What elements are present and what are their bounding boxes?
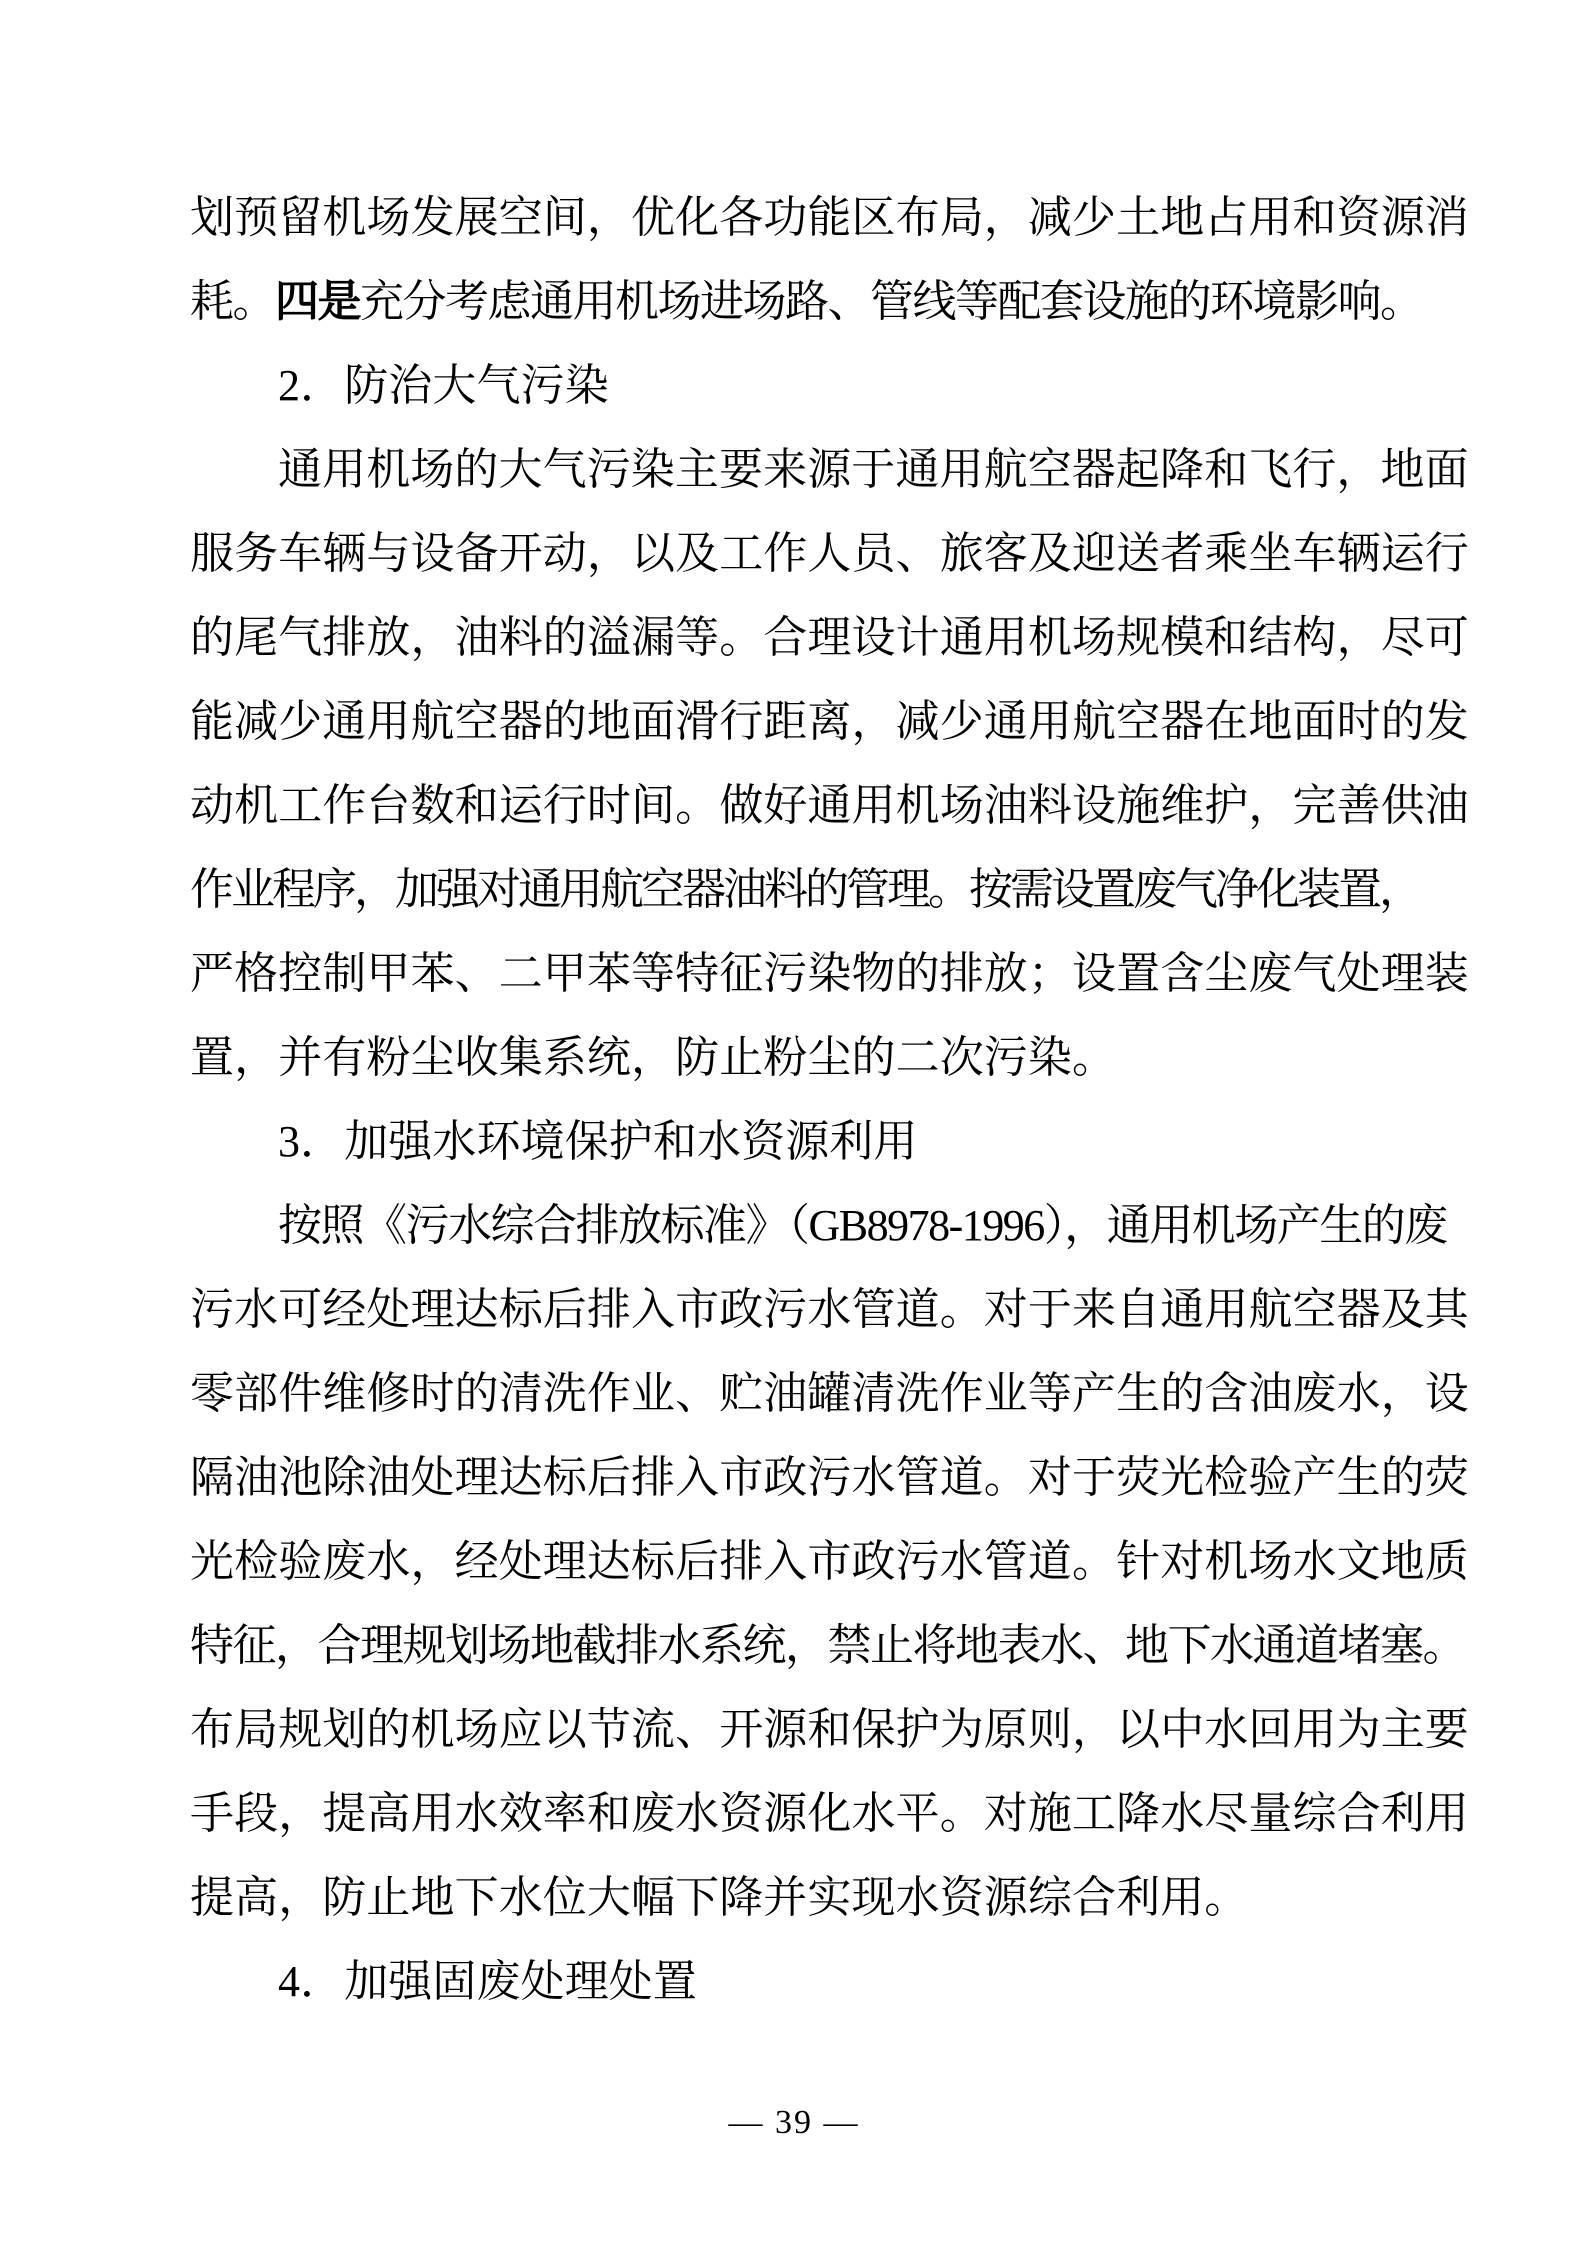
body-text: 充分考虑通用机场进场路、管线等配套设施的环境影响。 xyxy=(360,277,1423,326)
body-line: 特征，合理规划场地截排水系统，禁止将地表水、地下水通道堵塞。 xyxy=(190,1604,1430,1688)
body-line: 隔油池除油处理达标后排入市政污水管道。对于荧光检验产生的荧 xyxy=(190,1436,1430,1520)
section-heading: 4．加强固废处理处置 xyxy=(190,1940,1430,2024)
body-line: 提高，防止地下水位大幅下降并实现水资源综合利用。 xyxy=(190,1856,1430,1940)
page-number: — 39 — xyxy=(0,2098,1588,2148)
document-page: 划预留机场发展空间，优化各功能区布局，减少土地占用和资源消 耗。四是充分考虑通用… xyxy=(0,0,1588,2245)
body-text: 耗。 xyxy=(190,277,275,326)
body-line: 作业程序，加强对通用航空器油料的管理。按需设置废气净化装置， xyxy=(190,848,1430,932)
body-line: 光检验废水，经处理达标后排入市政污水管道。针对机场水文地质 xyxy=(190,1520,1430,1604)
body-line: 服务车辆与设备开动，以及工作人员、旅客及迎送者乘坐车辆运行 xyxy=(190,512,1430,596)
text-block: 划预留机场发展空间，优化各功能区布局，减少土地占用和资源消 耗。四是充分考虑通用… xyxy=(190,176,1430,2024)
body-line: 按照《污水综合排放标准》（GB8978-1996），通用机场产生的废 xyxy=(190,1184,1430,1268)
body-line: 污水可经处理达标后排入市政污水管道。对于来自通用航空器及其 xyxy=(190,1268,1430,1352)
body-line: 布局规划的机场应以节流、开源和保护为原则，以中水回用为主要 xyxy=(190,1688,1430,1772)
body-line: 严格控制甲苯、二甲苯等特征污染物的排放；设置含尘废气处理装 xyxy=(190,932,1430,1016)
body-line: 能减少通用航空器的地面滑行距离，减少通用航空器在地面时的发 xyxy=(190,680,1430,764)
body-line: 通用机场的大气污染主要来源于通用航空器起降和飞行，地面 xyxy=(190,428,1430,512)
emphasis-text: 四是 xyxy=(275,277,360,326)
section-heading: 2．防治大气污染 xyxy=(190,344,1430,428)
body-line: 零部件维修时的清洗作业、贮油罐清洗作业等产生的含油废水，设 xyxy=(190,1352,1430,1436)
body-line: 划预留机场发展空间，优化各功能区布局，减少土地占用和资源消 xyxy=(190,176,1430,260)
body-line: 的尾气排放，油料的溢漏等。合理设计通用机场规模和结构，尽可 xyxy=(190,596,1430,680)
body-line: 动机工作台数和运行时间。做好通用机场油料设施维护，完善供油 xyxy=(190,764,1430,848)
section-heading: 3．加强水环境保护和水资源利用 xyxy=(190,1100,1430,1184)
body-line: 耗。四是充分考虑通用机场进场路、管线等配套设施的环境影响。 xyxy=(190,260,1430,344)
body-line: 置，并有粉尘收集系统，防止粉尘的二次污染。 xyxy=(190,1016,1430,1100)
body-line: 手段，提高用水效率和废水资源化水平。对施工降水尽量综合利用 xyxy=(190,1772,1430,1856)
